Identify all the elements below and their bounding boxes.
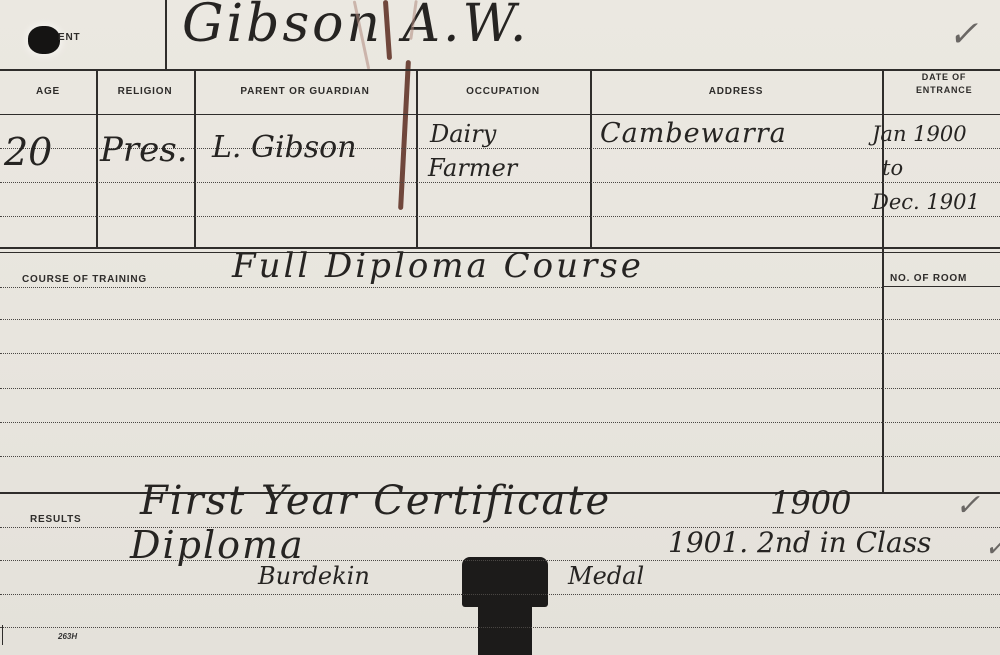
check-mark-results-2: ✓ xyxy=(984,530,1000,563)
ruled-line xyxy=(0,560,1000,561)
results-line2-detail: 1901. 2nd in Class xyxy=(668,526,931,559)
col-header-occupation: OCCUPATION xyxy=(416,86,590,98)
entry-date-line1: Jan 1900 xyxy=(872,122,967,146)
form-number: 263H xyxy=(58,632,77,641)
results-line3-b: Medal xyxy=(568,562,644,590)
entry-date-line2: to xyxy=(882,156,903,180)
header-bottom-rule xyxy=(0,114,1000,115)
punch-hole xyxy=(28,26,60,54)
results-label: RESULTS xyxy=(30,514,82,526)
entry-date-line3: Dec. 1901 xyxy=(872,190,980,214)
room-label: No. OF ROOM xyxy=(890,273,967,285)
col-header-date: DATE OF ENTRANCE xyxy=(888,71,1000,97)
ruled-line xyxy=(0,627,1000,628)
check-mark-top: ✓ xyxy=(948,14,978,55)
student-record-card: ENT Gibson A.W. ✓ AGE RELIGION PARENT OR… xyxy=(0,0,1000,655)
entry-age: 20 xyxy=(4,130,52,174)
name-label: ENT xyxy=(58,32,80,44)
ink-stain xyxy=(398,60,411,210)
ruled-line xyxy=(0,594,1000,595)
ruled-line xyxy=(0,527,1000,528)
course-value: Full Diploma Course xyxy=(232,246,644,286)
entry-religion: Pres. xyxy=(100,130,188,170)
entry-occupation-line2: Farmer xyxy=(428,154,517,182)
results-line1-year: 1900 xyxy=(770,484,851,522)
course-label: COURSE OF TRAINING xyxy=(22,274,147,286)
ruled-line xyxy=(0,456,1000,457)
room-label-rule xyxy=(882,286,1000,287)
results-line3-a: Burdekin xyxy=(258,562,370,590)
header-top-rule xyxy=(0,69,1000,71)
name-divider xyxy=(165,0,167,69)
ruled-line xyxy=(0,287,882,288)
entry-occupation-line1: Dairy xyxy=(430,120,496,148)
ruled-line xyxy=(0,388,1000,389)
results-line1: First Year Certificate xyxy=(140,478,611,524)
ruled-line xyxy=(0,353,1000,354)
ruled-line xyxy=(0,422,1000,423)
entry-address: Cambewarra xyxy=(600,118,787,149)
col-header-address: ADDRESS xyxy=(590,86,882,98)
ruled-line xyxy=(0,182,1000,183)
ruled-line xyxy=(0,216,1000,217)
col-header-religion: RELIGION xyxy=(96,86,194,98)
ruled-line xyxy=(0,319,1000,320)
edge-mark xyxy=(2,625,3,645)
entry-parent: L. Gibson xyxy=(212,130,357,165)
col-header-parent: PARENT OR GUARDIAN xyxy=(194,86,416,98)
col-header-age: AGE xyxy=(0,86,96,98)
check-mark-results-1: ✓ xyxy=(955,488,980,523)
